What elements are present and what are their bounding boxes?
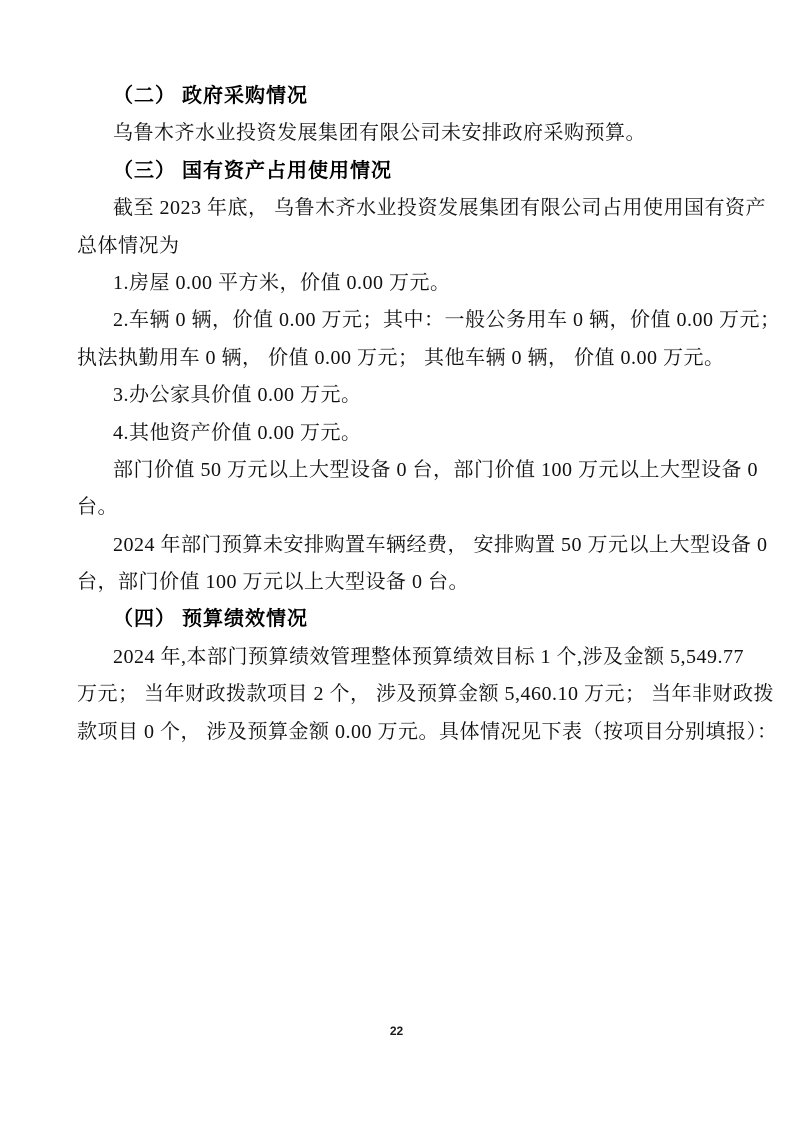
section-heading-state-assets: （三） 国有资产占用使用情况 bbox=[77, 153, 713, 190]
paragraph-line-state-assets-overview-2: 总体情况为 bbox=[77, 228, 713, 265]
paragraph-line-item-1-housing: 1.房屋 0.00 平方米，价值 0.00 万元。 bbox=[77, 265, 713, 302]
document-body: （二） 政府采购情况 乌鲁木齐水业投资发展集团有限公司未安排政府采购预算。 （三… bbox=[77, 78, 713, 751]
paragraph-line-large-equipment-2: 台。 bbox=[77, 489, 713, 526]
paragraph-line-government-procurement: 乌鲁木齐水业投资发展集团有限公司未安排政府采购预算。 bbox=[77, 115, 713, 152]
page-footer: 22 bbox=[0, 1022, 793, 1040]
section-heading-budget-performance: （四） 预算绩效情况 bbox=[77, 601, 713, 638]
paragraph-line-state-assets-overview-1: 截至 2023 年底， 乌鲁木齐水业投资发展集团有限公司占用使用国有资产 bbox=[77, 190, 713, 227]
paragraph-line-item-4-other-assets: 4.其他资产价值 0.00 万元。 bbox=[77, 415, 713, 452]
paragraph-line-budget-2024-purchase-1: 2024 年部门预算未安排购置车辆经费， 安排购置 50 万元以上大型设备 0 bbox=[77, 527, 713, 564]
section-heading-government-procurement: （二） 政府采购情况 bbox=[77, 78, 713, 115]
document-page: （二） 政府采购情况 乌鲁木齐水业投资发展集团有限公司未安排政府采购预算。 （三… bbox=[0, 0, 793, 1122]
paragraph-line-budget-performance-1: 2024 年,本部门预算绩效管理整体预算绩效目标 1 个,涉及金额 5,549.… bbox=[77, 639, 713, 676]
paragraph-line-item-2-vehicles-1: 2.车辆 0 辆，价值 0.00 万元；其中：一般公务用车 0 辆，价值 0.0… bbox=[77, 302, 713, 339]
paragraph-line-budget-2024-purchase-2: 台，部门价值 100 万元以上大型设备 0 台。 bbox=[77, 564, 713, 601]
paragraph-line-item-2-vehicles-2: 执法执勤用车 0 辆， 价值 0.00 万元； 其他车辆 0 辆， 价值 0.0… bbox=[77, 340, 713, 377]
paragraph-line-large-equipment-1: 部门价值 50 万元以上大型设备 0 台，部门价值 100 万元以上大型设备 0 bbox=[77, 452, 713, 489]
page-number: 22 bbox=[390, 1024, 403, 1038]
paragraph-line-item-3-furniture: 3.办公家具价值 0.00 万元。 bbox=[77, 377, 713, 414]
paragraph-line-budget-performance-3: 款项目 0 个， 涉及预算金额 0.00 万元。具体情况见下表（按项目分别填报）… bbox=[77, 714, 713, 751]
paragraph-line-budget-performance-2: 万元； 当年财政拨款项目 2 个， 涉及预算金额 5,460.10 万元； 当年… bbox=[77, 676, 713, 713]
